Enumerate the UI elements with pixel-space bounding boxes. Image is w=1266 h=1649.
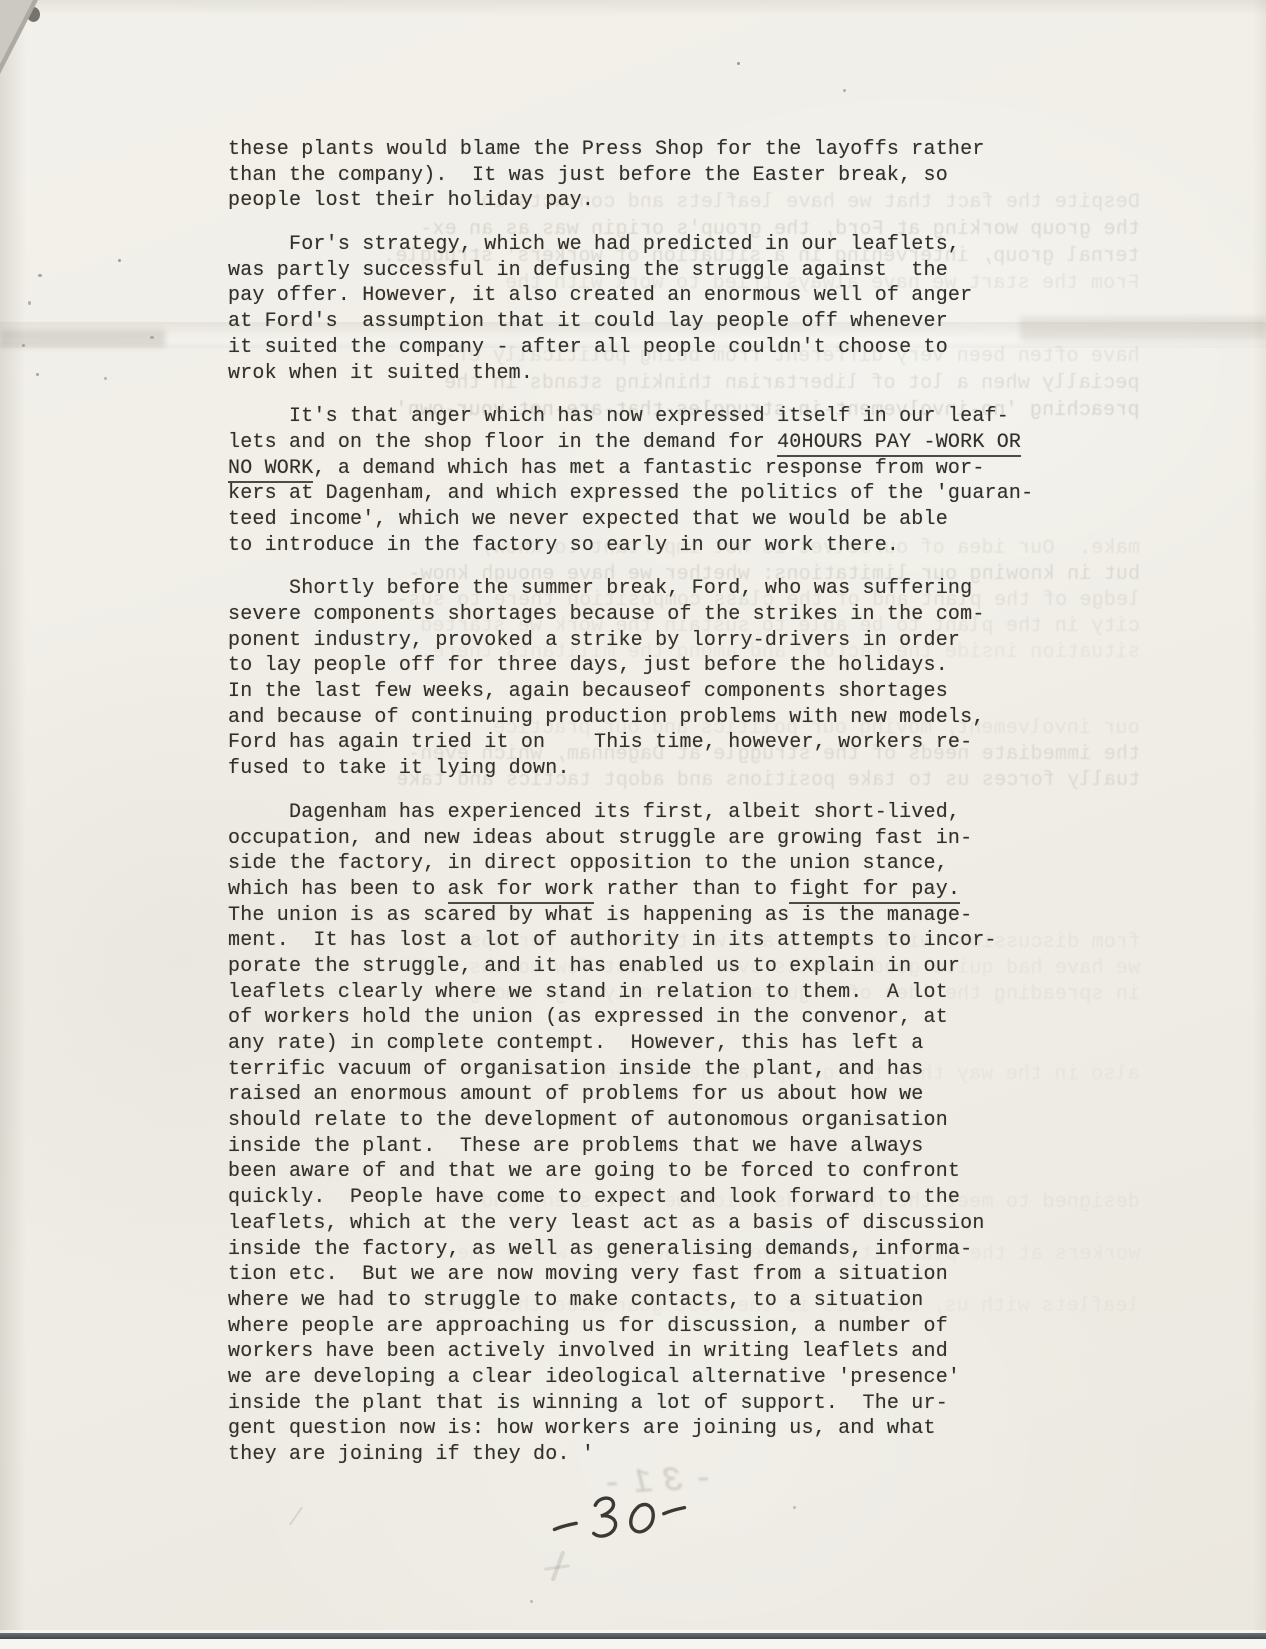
document-text: these plants would blame the Press Shop … xyxy=(228,137,1033,1486)
dust-speck xyxy=(118,259,121,262)
dust-speck xyxy=(793,1506,796,1509)
paper-crease-right xyxy=(1020,317,1266,341)
text-line: they are joining if they do. ' xyxy=(228,1442,1033,1468)
text-line: to introduce in the factory so early in … xyxy=(228,533,1033,559)
text-line: lets and on the shop floor in the demand… xyxy=(228,430,1033,456)
text-line: NO WORK, a demand which has met a fantas… xyxy=(228,456,1033,482)
dust-speck xyxy=(150,336,154,339)
scan-edge-shadow-top xyxy=(0,0,1266,16)
text-line: should relate to the development of auto… xyxy=(228,1108,1033,1134)
scanned-page: Despite the fact that we have leaflets a… xyxy=(0,0,1266,1649)
dust-speck xyxy=(28,301,31,305)
text-line: pay offer. However, it also created an e… xyxy=(228,283,1033,309)
text-line: side the factory, in direct opposition t… xyxy=(228,851,1033,877)
paragraph: It's that anger which has now expressed … xyxy=(228,404,1033,558)
text-line: gent question now is: how workers are jo… xyxy=(228,1416,1033,1442)
text-line: tion etc. But we are now moving very fas… xyxy=(228,1262,1033,1288)
text-line: ment. It has lost a lot of authority in … xyxy=(228,928,1033,954)
text-line: Shortly before the summer break, Ford, w… xyxy=(228,576,1033,602)
text-line: people lost their holiday pay. xyxy=(228,188,1033,214)
handwriting-strokes xyxy=(550,1490,690,1548)
text-line: severe components shortages because of t… xyxy=(228,602,1033,628)
text-line: The union is as scared by what is happen… xyxy=(228,903,1033,929)
text-line: inside the factory, as well as generalis… xyxy=(228,1237,1033,1263)
text-line: any rate) in complete contempt. However,… xyxy=(228,1031,1033,1057)
text-line: teed income', which we never expected th… xyxy=(228,507,1033,533)
text-line: terrific vacuum of organisation inside t… xyxy=(228,1057,1033,1083)
dust-speck xyxy=(737,62,740,65)
text-line: In the last few weeks, again becauseof c… xyxy=(228,679,1033,705)
paragraph: Dagenham has experienced its first, albe… xyxy=(228,800,1033,1468)
text-line: these plants would blame the Press Shop … xyxy=(228,137,1033,163)
text-line: occupation, and new ideas about struggle… xyxy=(228,826,1033,852)
scan-edge-shadow-right xyxy=(1252,0,1266,1649)
dust-speck xyxy=(843,89,846,92)
paragraph: Shortly before the summer break, Ford, w… xyxy=(228,576,1033,782)
text-line: wrok when it suited them. xyxy=(228,361,1033,387)
text-line: inside the plant. These are problems tha… xyxy=(228,1134,1033,1160)
dust-speck xyxy=(38,274,42,277)
dust-speck xyxy=(104,377,107,380)
text-line: Ford has again tried it on This time, ho… xyxy=(228,730,1033,756)
text-line: fused to take it lying down. xyxy=(228,756,1033,782)
dust-speck xyxy=(530,1600,533,1603)
text-line: quickly. People have come to expect and … xyxy=(228,1185,1033,1211)
scanner-background-strip xyxy=(0,1639,1266,1649)
text-line: and because of continuing production pro… xyxy=(228,705,1033,731)
text-line: Dagenham has experienced its first, albe… xyxy=(228,800,1033,826)
handwritten-page-number: -30- xyxy=(550,1490,690,1548)
scan-edge-shadow-left xyxy=(0,0,26,1649)
text-line: kers at Dagenham, and which expressed th… xyxy=(228,481,1033,507)
text-line: leaflets, which at the very least act as… xyxy=(228,1211,1033,1237)
text-line: where we had to struggle to make contact… xyxy=(228,1288,1033,1314)
paragraph: For's strategy, which we had predicted i… xyxy=(228,232,1033,386)
text-line: at Ford's assumption that it could lay p… xyxy=(228,309,1033,335)
text-line: workers have been actively involved in w… xyxy=(228,1339,1033,1365)
text-line: than the company). It was just before th… xyxy=(228,163,1033,189)
text-line: to lay people off for three days, just b… xyxy=(228,653,1033,679)
text-line: where people are approaching us for disc… xyxy=(228,1314,1033,1340)
text-line: inside the plant that is winning a lot o… xyxy=(228,1391,1033,1417)
text-line: of workers hold the union (as expressed … xyxy=(228,1005,1033,1031)
text-line: been aware of and that we are going to b… xyxy=(228,1159,1033,1185)
text-line: It's that anger which has now expressed … xyxy=(228,404,1033,430)
text-line: it suited the company - after all people… xyxy=(228,335,1033,361)
text-line: ponent industry, provoked a strike by lo… xyxy=(228,628,1033,654)
text-line: was partly successful in defusing the st… xyxy=(228,258,1033,284)
text-line: raised an enormous amount of problems fo… xyxy=(228,1082,1033,1108)
text-line: we are developing a clear ideological al… xyxy=(228,1365,1033,1391)
text-line: leaflets clearly where we stand in relat… xyxy=(228,980,1033,1006)
text-line: porate the struggle, and it has enabled … xyxy=(228,954,1033,980)
pencil-smudge xyxy=(289,1506,303,1525)
dust-speck xyxy=(36,373,39,376)
paragraph: these plants would blame the Press Shop … xyxy=(228,137,1033,214)
text-line: which has been to ask for work rather th… xyxy=(228,877,1033,903)
text-line: For's strategy, which we had predicted i… xyxy=(228,232,1033,258)
